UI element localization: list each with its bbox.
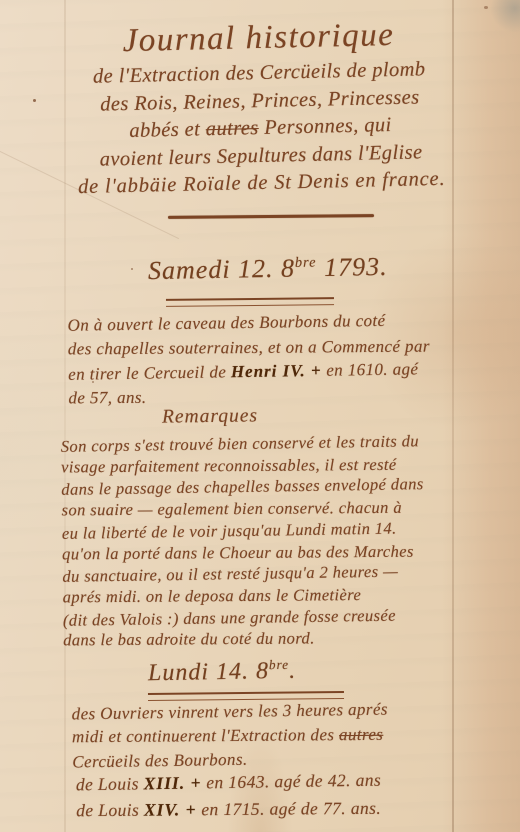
royal-name-louis-xiii: XIII. + <box>143 772 201 793</box>
date-superscript: bre <box>269 657 289 672</box>
manuscript-page: Journal historique de l'Extraction des C… <box>0 0 520 832</box>
line-segment: en tirer le Cercueil de <box>68 362 231 384</box>
entry-date-saturday: Samedi 12. 8bre 1793. <box>148 252 388 286</box>
document-title: Journal historique de l'Extraction des C… <box>0 10 520 203</box>
manuscript-line: On à ouvert le caveau des Bourbons du co… <box>67 308 429 338</box>
line-segment: en 1610. agé <box>321 359 418 380</box>
date-text: Samedi 12. 8 <box>148 254 296 286</box>
line-segment: de Louis <box>76 799 144 820</box>
manuscript-line: dans le bas adroite du coté du nord. <box>63 627 425 652</box>
royal-name-henri-iv: Henri IV. + <box>231 361 322 381</box>
struck-word: autres <box>339 725 383 744</box>
line-segment: en 1715. agé de 77. ans. <box>196 797 381 818</box>
date-text: . <box>289 658 296 684</box>
entry-date-monday: Lundi 14. 8bre. <box>148 657 297 688</box>
struck-word: autres <box>206 117 259 140</box>
remarks-heading: Remarques <box>162 405 258 428</box>
saturday-opening-paragraph: On à ouvert le caveau des Bourbons du co… <box>67 309 430 411</box>
title-segment: abbés et <box>129 118 206 142</box>
line-segment: en 1643. agé de 42. ans <box>201 770 381 793</box>
title-segment: Personnes, qui <box>258 114 391 139</box>
line-segment: midi et continuerent l'Extraction des <box>72 725 339 746</box>
manuscript-line: en tirer le Cercueil de Henri IV. + en 1… <box>68 357 430 387</box>
royal-name-louis-xiv: XIV. + <box>144 799 197 819</box>
deaths-list: de Louis XIII. + en 1643. agé de 42. ans… <box>76 767 382 824</box>
ink-speck <box>484 6 488 9</box>
remarks-paragraph: Son corps s'est trouvé bien conservé et … <box>61 431 426 652</box>
section-divider-rule <box>168 214 374 219</box>
monday-paragraph: des Ouvriers vinrent vers les 3 heures a… <box>72 698 389 774</box>
line-segment: de Louis <box>76 773 144 794</box>
ink-speck <box>131 268 133 270</box>
date-text: Lundi 14. 8 <box>148 658 269 686</box>
date-text: 1793. <box>316 252 387 282</box>
manuscript-line: de Louis XIV. + en 1715. agé de 77. ans. <box>76 794 382 823</box>
date-superscript: bre <box>295 254 317 270</box>
manuscript-line: de Louis XIII. + en 1643. agé de 42. ans <box>76 767 382 798</box>
date-underline <box>166 297 334 307</box>
